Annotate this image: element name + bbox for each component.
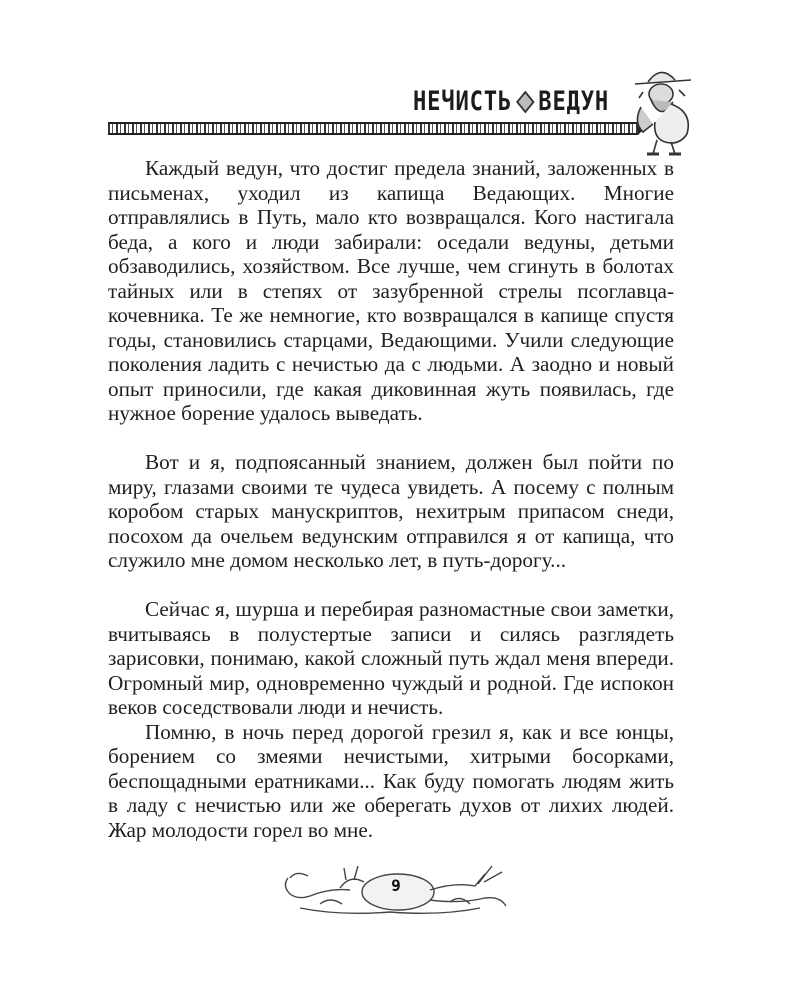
paragraph: Помню, в ночь перед дорогой грезил я, ка… <box>108 720 674 843</box>
running-title-left: НЕЧИСТЬ <box>413 86 512 117</box>
page-footer: 9 <box>280 860 520 920</box>
paragraph: Сейчас я, шурша и перебирая разномастные… <box>108 597 674 720</box>
running-title-right: ВЕДУН <box>538 86 609 117</box>
running-header: НЕЧИСТЬ ВЕДУН <box>108 62 708 152</box>
ved-wanderer-illustration-icon <box>613 62 708 157</box>
running-title: НЕЧИСТЬ ВЕДУН <box>413 86 609 117</box>
paragraph: Каждый ведун, что достиг предела знаний,… <box>108 156 674 426</box>
diamond-icon <box>516 90 535 113</box>
page-number: 9 <box>386 876 406 895</box>
ornamental-border-band <box>108 122 638 135</box>
paragraph: Вот и я, подпоясанный знанием, должен бы… <box>108 450 674 573</box>
body-text: Каждый ведун, что достиг предела знаний,… <box>108 156 674 842</box>
